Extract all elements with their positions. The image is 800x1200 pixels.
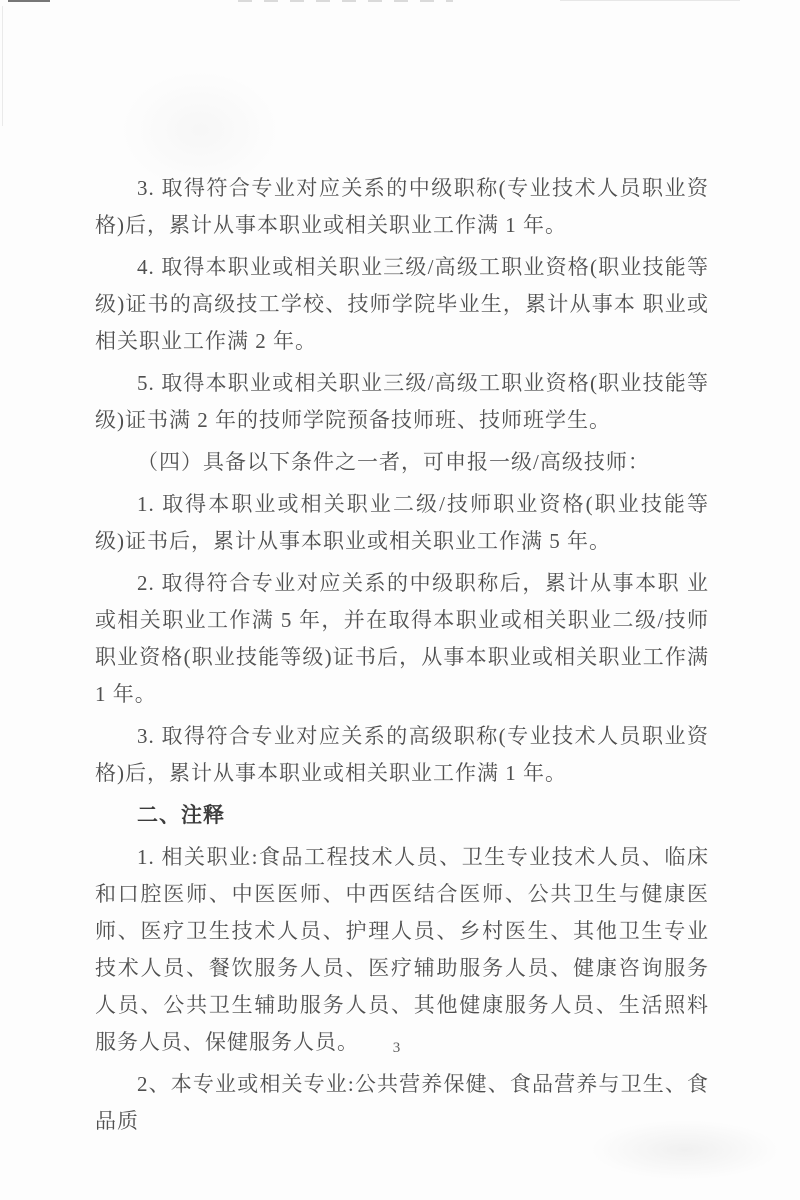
scan-artifact [238, 0, 453, 2]
page-number: 3 [0, 1040, 794, 1057]
scan-artifact [560, 0, 740, 1]
document-body: 3. 取得符合专业对应关系的中级职称(专业技术人员职业资格)后，累计从事本职业或… [95, 170, 709, 1145]
document-page: 3. 取得符合专业对应关系的中级职称(专业技术人员职业资格)后，累计从事本职业或… [0, 0, 800, 1200]
section-heading: 二、注释 [95, 797, 709, 834]
paragraph: 3. 取得符合专业对应关系的中级职称(专业技术人员职业资格)后，累计从事本职业或… [95, 170, 709, 244]
paragraph: （四）具备以下条件之一者，可申报一级/高级技师： [95, 444, 709, 481]
scan-artifact [2, 6, 3, 126]
paragraph: 4. 取得本职业或相关职业三级/高级工职业资格(职业技能等级)证书的高级技工学校… [95, 249, 709, 360]
scan-artifact [8, 0, 50, 2]
paragraph: 1. 取得本职业或相关职业二级/技师职业资格(职业技能等级)证书后，累计从事本职… [95, 486, 709, 560]
paragraph: 5. 取得本职业或相关职业三级/高级工职业资格(职业技能等级)证书满 2 年的技… [95, 365, 709, 439]
paragraph: 2. 取得符合专业对应关系的中级职称后，累计从事本职 业或相关职业工作满 5 年… [95, 565, 709, 713]
paragraph: 3. 取得符合专业对应关系的高级职称(专业技术人员职业资格)后，累计从事本职业或… [95, 718, 709, 792]
paragraph: 2、本专业或相关专业:公共营养保健、食品营养与卫生、食品质 [95, 1066, 709, 1140]
paragraph: 1. 相关职业:食品工程技术人员、卫生专业技术人员、临床和口腔医师、中医医师、中… [95, 839, 709, 1061]
